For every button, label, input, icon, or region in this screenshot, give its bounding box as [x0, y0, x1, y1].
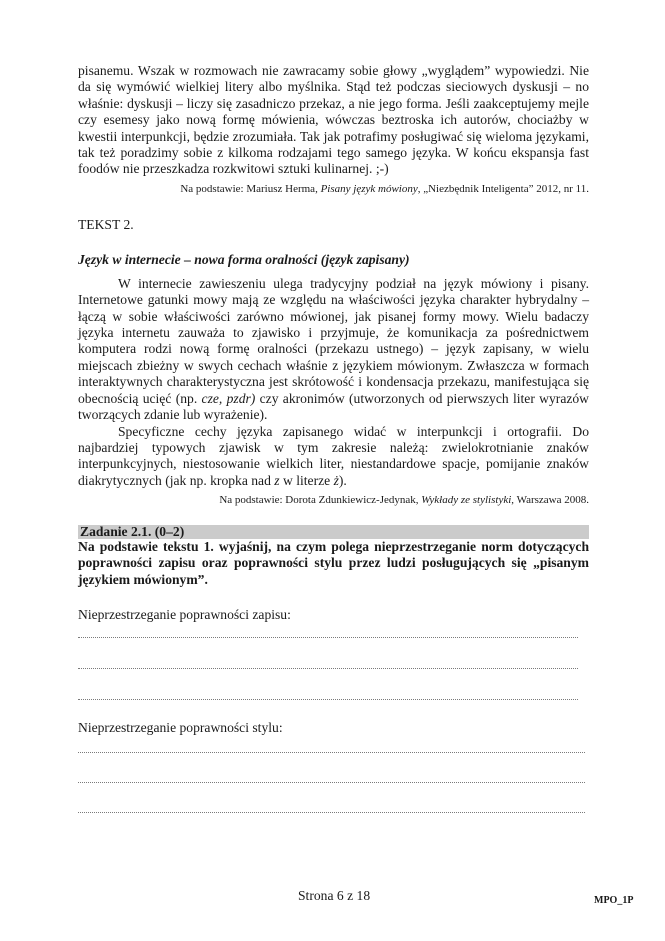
- answer-line[interactable]: [78, 750, 585, 753]
- answer-label-style: Nieprzestrzeganie poprawności stylu:: [78, 720, 589, 736]
- text2-paragraph-2: Specyficzne cechy języka zapisanego wida…: [78, 424, 589, 490]
- exam-page: pisanemu. Wszak w rozmowach nie zawracam…: [78, 63, 589, 813]
- answer-area-spelling[interactable]: [78, 635, 578, 700]
- text1-source: Na podstawie: Mariusz Herma, Pisany języ…: [78, 182, 589, 196]
- answer-label-spelling: Nieprzestrzeganie poprawności zapisu:: [78, 607, 589, 623]
- text1-source-title: Pisany język mówiony: [321, 183, 418, 195]
- task-header: Zadanie 2.1. (0–2): [78, 525, 589, 539]
- answer-line[interactable]: [78, 635, 578, 638]
- text1-paragraph: pisanemu. Wszak w rozmowach nie zawracam…: [78, 63, 589, 178]
- answer-line[interactable]: [78, 697, 578, 700]
- exam-code: MPO_1P: [594, 895, 633, 906]
- text2-source: Na podstawie: Dorota Zdunkiewicz-Jedynak…: [78, 493, 589, 507]
- task-question: Na podstawie tekstu 1. wyjaśnij, na czym…: [78, 539, 589, 588]
- abbreviation-examples: cze, pzdr): [202, 391, 256, 406]
- text2-title: Język w internecie – nowa forma oralnośc…: [78, 252, 589, 268]
- answer-area-style[interactable]: [78, 750, 585, 813]
- page-number: Strona 6 z 18: [298, 888, 370, 904]
- answer-line[interactable]: [78, 666, 578, 669]
- text2-label: TEKST 2.: [78, 217, 589, 233]
- answer-line[interactable]: [78, 810, 585, 813]
- text2-paragraph-1: W internecie zawieszeniu ulega tradycyjn…: [78, 276, 589, 424]
- text2-source-title: Wykłady ze stylistyki: [421, 494, 511, 506]
- answer-line[interactable]: [78, 780, 585, 783]
